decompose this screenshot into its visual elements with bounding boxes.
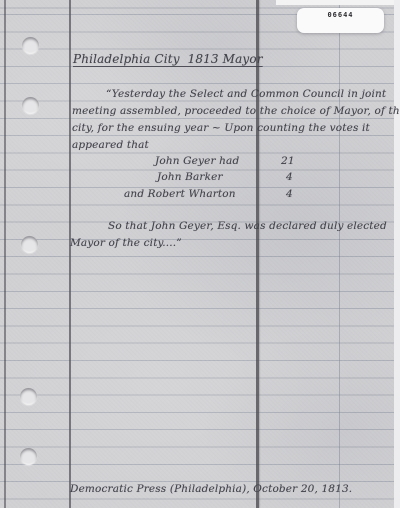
source-citation: Democratic Press (Philadelphia), October… <box>70 483 352 495</box>
page-left-edge-line <box>4 0 6 508</box>
catalog-sticker: 06644 <box>297 8 384 33</box>
vote-candidate: John Geyer had <box>155 155 239 167</box>
scanned-notebook-page: 06644 Philadelphia City 1813 Mayor “Yest… <box>0 0 400 508</box>
vote-candidate: John Barker <box>157 171 223 183</box>
punch-hole <box>20 448 37 465</box>
punch-hole <box>21 236 38 253</box>
punch-hole <box>22 97 39 114</box>
left-margin-line <box>69 0 71 508</box>
punch-hole <box>20 388 37 405</box>
catalog-number: 06644 <box>297 8 384 19</box>
note-paragraph2-line1: So that John Geyer, Esq. was declared du… <box>108 220 387 232</box>
note-paragraph1-line4: appeared that <box>72 139 149 151</box>
vote-count: 4 <box>286 171 293 183</box>
note-paragraph1-line2: meeting assembled, proceeded to the choi… <box>72 105 400 117</box>
note-title: Philadelphia City 1813 Mayor <box>73 52 263 66</box>
note-paragraph1-line1: “Yesterday the Select and Common Council… <box>106 88 386 100</box>
scan-top-edge <box>276 0 400 5</box>
right-faint-line <box>339 0 340 508</box>
vote-candidate: and Robert Wharton <box>124 188 236 200</box>
note-paragraph1-line3: city, for the ensuing year ~ Upon counti… <box>72 122 370 134</box>
punch-hole <box>22 37 39 54</box>
ruled-lines <box>0 0 400 508</box>
center-vertical-line <box>256 0 259 508</box>
note-paragraph2-line2: Mayor of the city....” <box>70 237 182 249</box>
vote-count: 21 <box>281 155 295 167</box>
vote-count: 4 <box>286 188 293 200</box>
scan-right-edge <box>394 0 400 508</box>
